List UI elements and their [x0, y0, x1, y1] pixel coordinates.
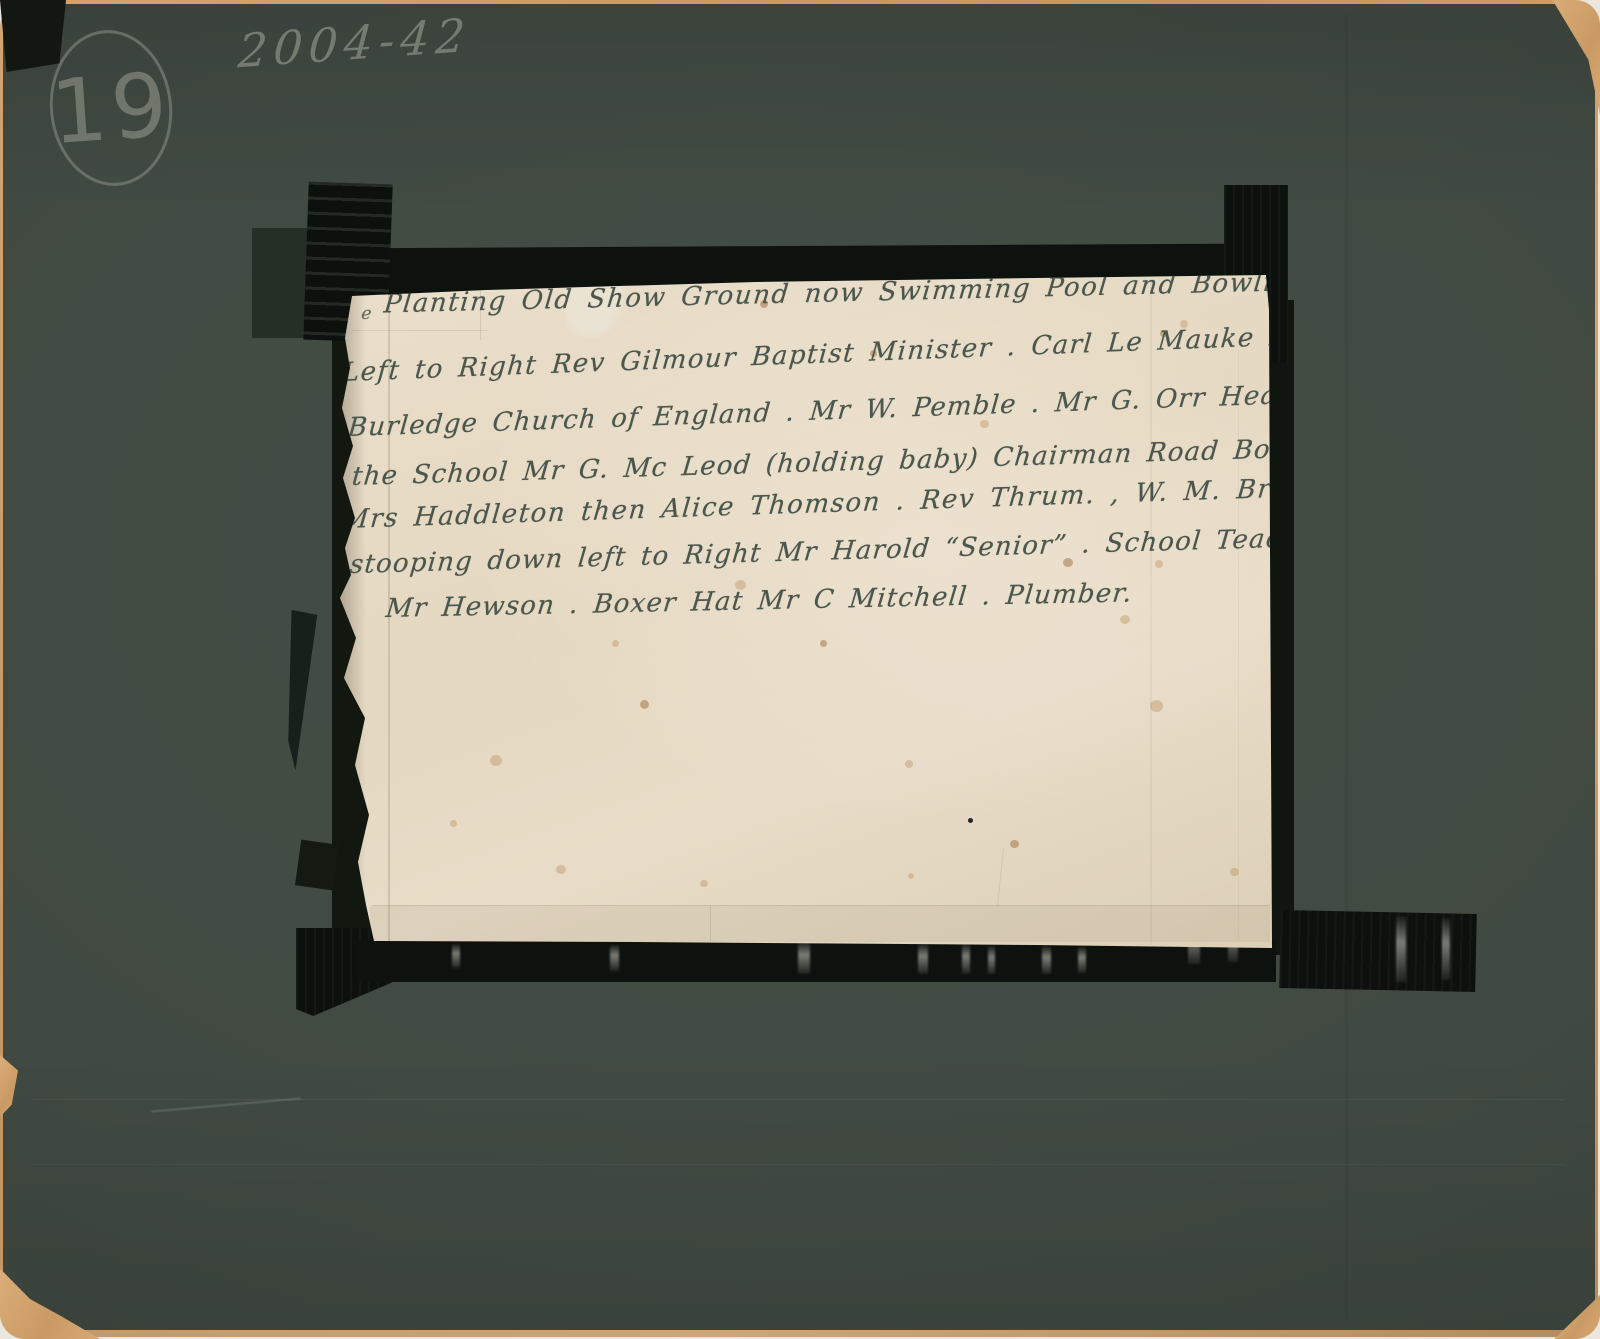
- foxing-spot: [640, 700, 649, 709]
- foxing-spot: [556, 865, 566, 874]
- tape-shine: [988, 946, 995, 974]
- foxing-spot: [450, 820, 457, 827]
- paper-pencil-line: [997, 848, 1004, 906]
- foxing-spot: [980, 420, 989, 428]
- scanned-photo-mount-back: 19 2004-42: [0, 0, 1600, 1339]
- foxing-spot: [905, 760, 913, 768]
- foxing-spot: [1010, 840, 1019, 848]
- tape-shine: [962, 944, 970, 974]
- paper-crease-line: [1150, 280, 1152, 945]
- card-crease: [33, 1164, 1565, 1167]
- torn-word-fragment: e: [360, 304, 374, 324]
- tape-shine: [918, 944, 928, 974]
- caption-line: Mr Hewson . Boxer Hat Mr C Mitchell . Pl…: [384, 578, 1134, 624]
- paper-pencil-line: [372, 905, 1270, 906]
- tape-shine: [1042, 946, 1051, 974]
- foxing-spot: [1150, 700, 1163, 712]
- tape-shine: [610, 945, 619, 971]
- foxing-spot: [1230, 868, 1239, 876]
- tape-shine: [1442, 918, 1450, 980]
- tape-fragment: [0, 0, 66, 72]
- paper-lower-panel: [370, 906, 1270, 942]
- caption-line: stooping down left to Right Mr Harold “S…: [349, 522, 1338, 580]
- foxing-spot: [1155, 560, 1163, 568]
- paper-pencil-line: [352, 330, 488, 331]
- foxing-spot: [1120, 615, 1130, 624]
- tape-shine: [1078, 947, 1086, 973]
- tape-shine: [1396, 916, 1406, 982]
- foxing-spot: [820, 640, 827, 647]
- circled-number: 19: [48, 52, 175, 163]
- foxing-spot: [490, 755, 502, 766]
- card-crease: [1345, 14, 1348, 1320]
- tape-shine: [798, 942, 810, 974]
- tape-fragment: [295, 840, 339, 891]
- foxing-spot: [908, 873, 914, 879]
- caption-paper: ePlanting Old Show Ground now Swimming P…: [336, 250, 1276, 952]
- ink-dot: [968, 818, 973, 823]
- paper-pencil-line: [710, 905, 711, 941]
- foxing-spot: [612, 640, 619, 647]
- tape-shine: [452, 944, 460, 968]
- foxing-spot: [700, 880, 708, 887]
